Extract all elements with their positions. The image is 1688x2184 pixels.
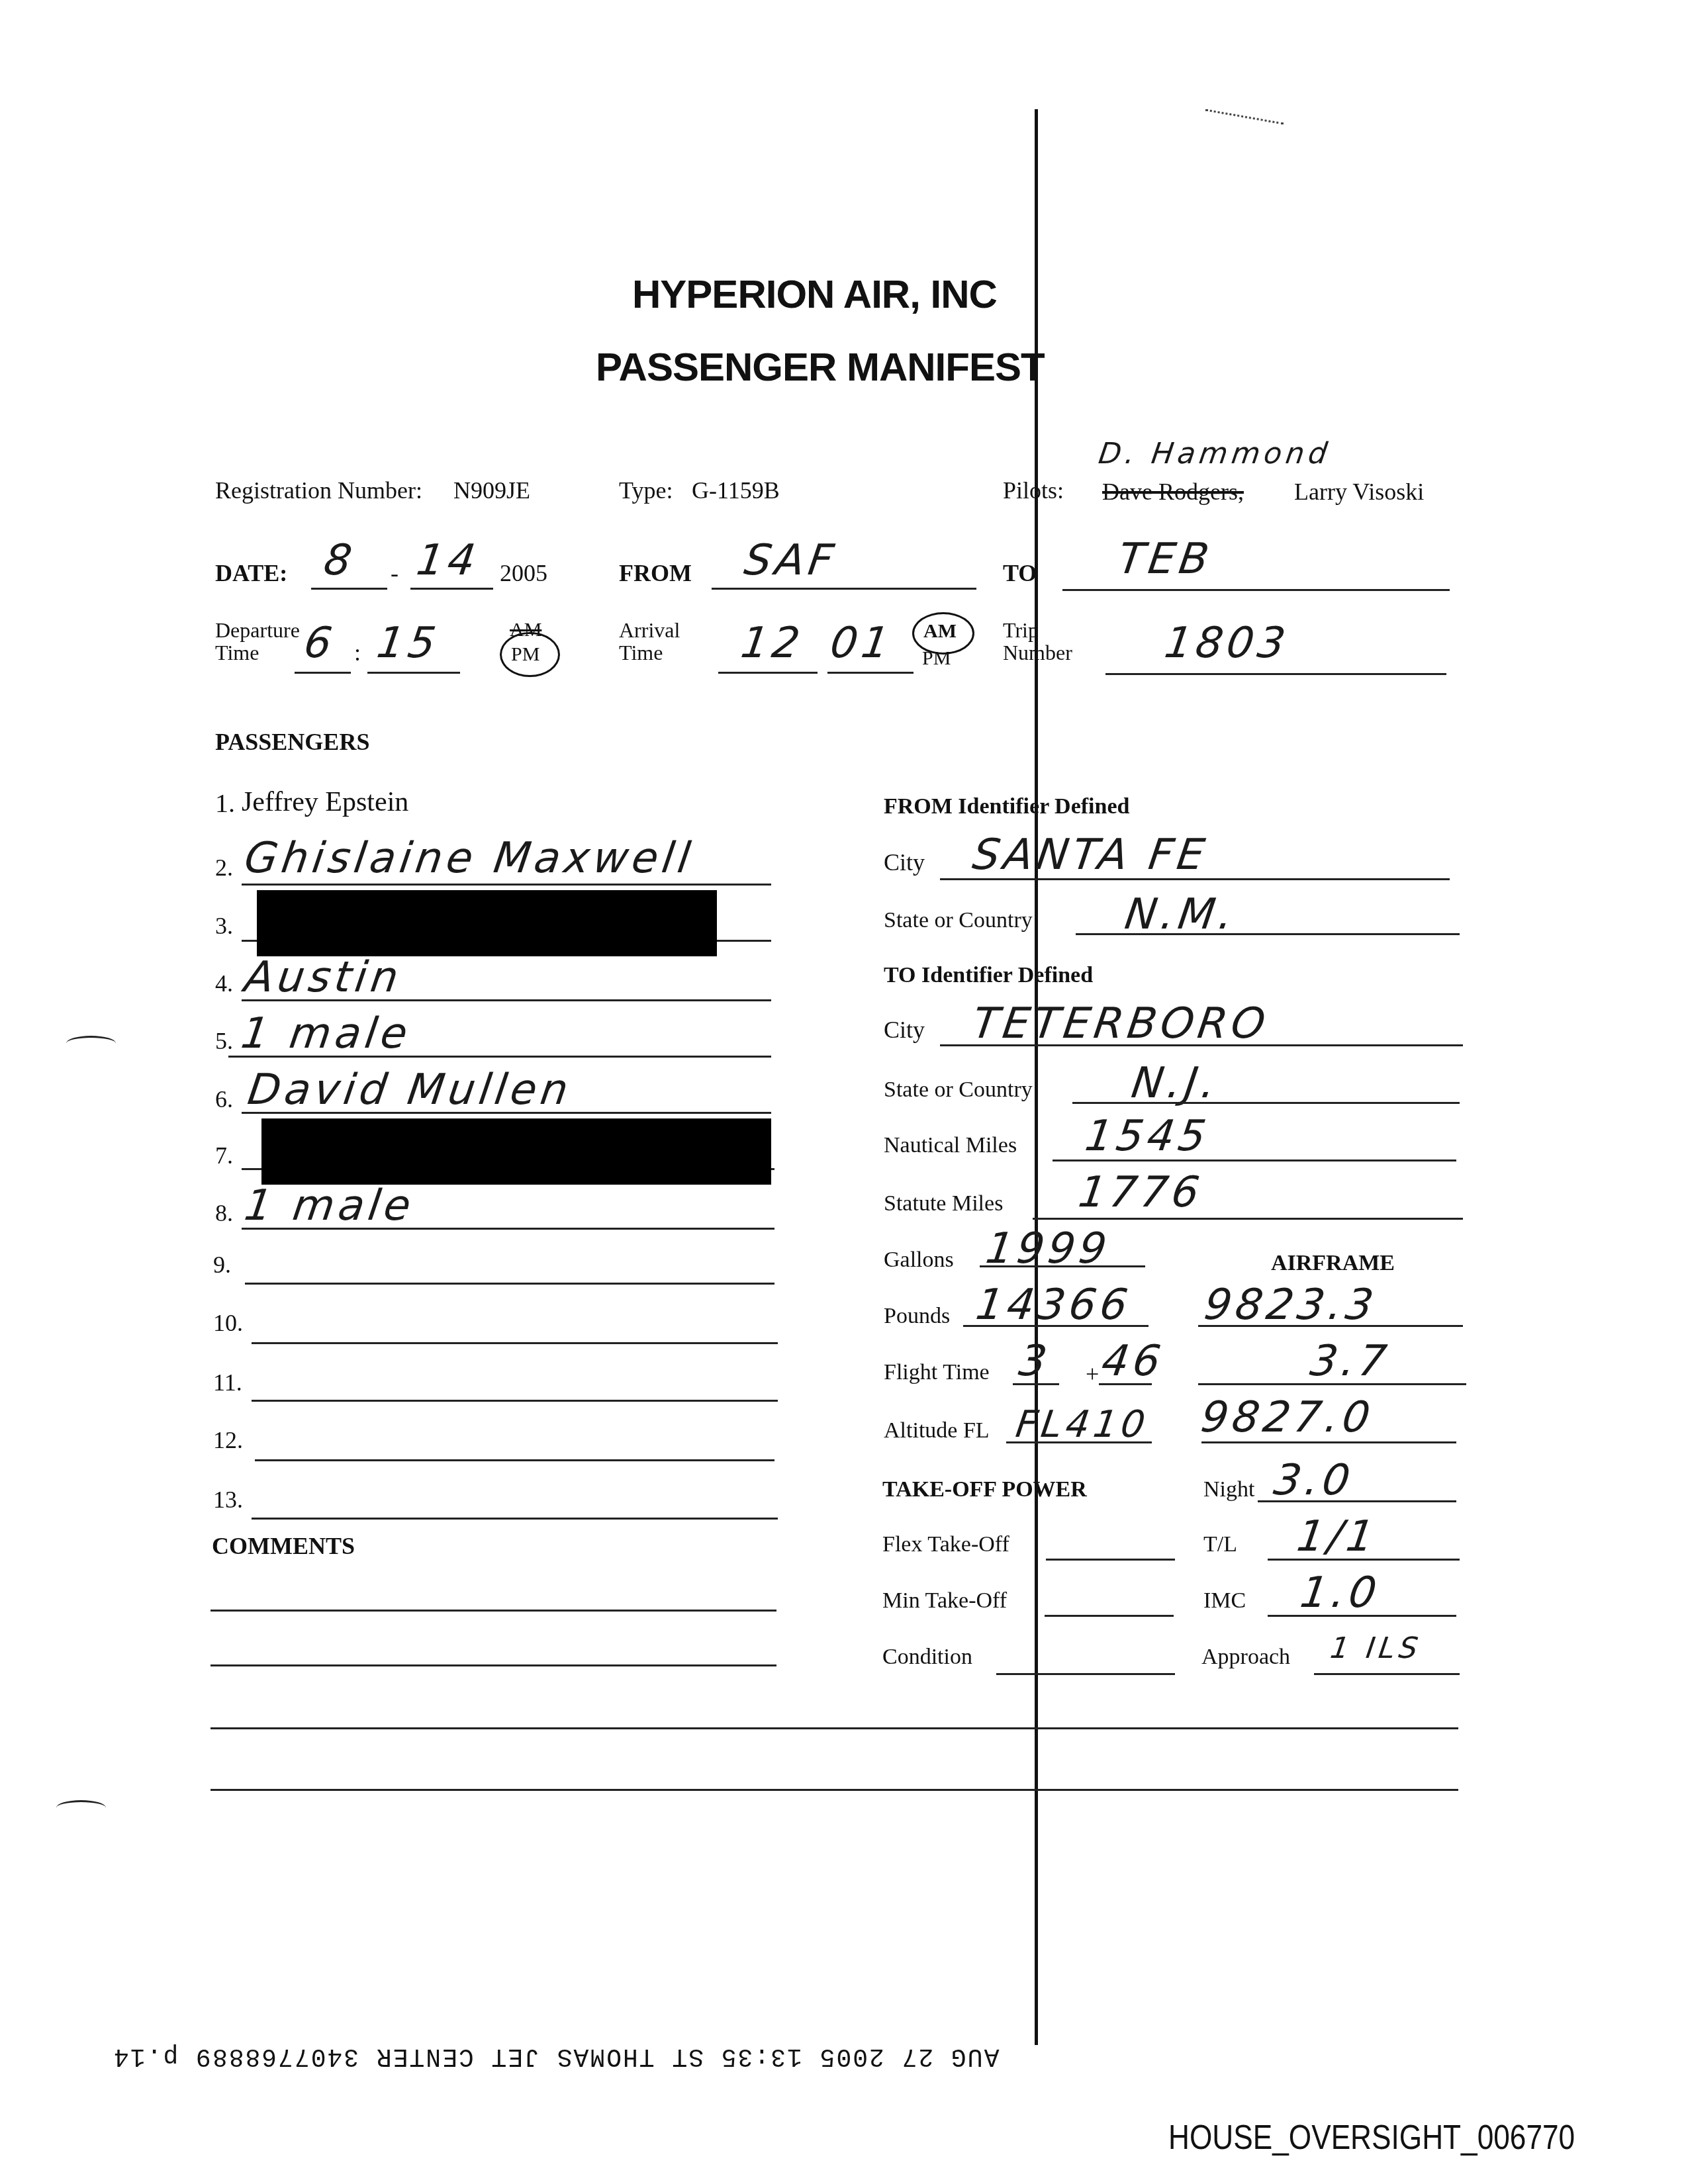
type-label: Type:	[619, 477, 673, 504]
scan-mark	[66, 1036, 116, 1051]
from-city-value[interactable]: SANTA FE	[970, 831, 1211, 880]
passengers-heading: PASSENGERS	[215, 728, 369, 756]
departure-colon: :	[354, 639, 361, 666]
min-takeoff-label: Min Take-Off	[882, 1588, 1007, 1614]
passenger-number: 7.	[215, 1142, 233, 1169]
to-value[interactable]: TEB	[1115, 535, 1216, 584]
arrival-pm-option[interactable]: PM	[922, 647, 951, 670]
from-state-label: State or Country	[884, 908, 1033, 933]
from-value[interactable]: SAF	[741, 536, 841, 585]
approach-label: Approach	[1201, 1645, 1290, 1670]
passenger-number: 5.	[215, 1027, 233, 1055]
company-name: HYPERION AIR, INC	[632, 271, 997, 317]
condition-label: Condition	[882, 1645, 972, 1670]
nautical-miles-value[interactable]: 1545	[1082, 1112, 1213, 1161]
flex-takeoff-label: Flex Take-Off	[882, 1532, 1009, 1557]
passenger-name[interactable]: Ghislaine Maxwell	[242, 834, 697, 883]
flight-time-plus: +	[1086, 1360, 1099, 1388]
from-identifier-heading: FROM Identifier Defined	[884, 794, 1129, 819]
night-value[interactable]: 3.0	[1271, 1456, 1357, 1505]
scan-mark	[56, 1800, 106, 1815]
statute-miles-label: Statute Miles	[884, 1191, 1003, 1216]
altitude-label: Altitude FL	[884, 1418, 990, 1443]
passenger-number: 2.	[215, 854, 233, 882]
airframe-heading: AIRFRAME	[1271, 1251, 1395, 1276]
takeoff-power-heading: TAKE-OFF POWER	[882, 1477, 1087, 1502]
passenger-number: 4.	[215, 970, 233, 997]
scan-vertical-line	[1035, 109, 1038, 2045]
imc-value[interactable]: 1.0	[1297, 1569, 1383, 1617]
condition-field[interactable]	[996, 1673, 1175, 1675]
night-label: Night	[1203, 1477, 1254, 1502]
airframe-end-value[interactable]: 9827.0	[1198, 1393, 1377, 1442]
type-value: G-1159B	[692, 477, 780, 504]
passenger-number: 13.	[213, 1486, 243, 1514]
date-year: 2005	[500, 559, 547, 587]
to-label: TO	[1003, 559, 1037, 587]
pilot-2: Larry Visoski	[1294, 478, 1424, 506]
trip-number-value[interactable]: 1803	[1162, 619, 1292, 668]
arrival-hour[interactable]: 12	[738, 619, 807, 668]
page-title: PASSENGER MANIFEST	[596, 344, 1045, 390]
trip-number-label: Trip Number	[1003, 619, 1072, 664]
flight-time-label: Flight Time	[884, 1360, 990, 1385]
flex-takeoff-field[interactable]	[1046, 1559, 1175, 1561]
to-city-label: City	[884, 1016, 925, 1044]
arrival-minute[interactable]: 01	[827, 619, 896, 668]
passenger-number: 9.	[213, 1251, 231, 1279]
to-city-value[interactable]: TETERBORO	[970, 999, 1272, 1048]
statute-miles-value[interactable]: 1776	[1076, 1168, 1206, 1217]
altitude-value[interactable]: FL410	[1013, 1403, 1151, 1446]
min-takeoff-field[interactable]	[1045, 1615, 1174, 1617]
tl-value[interactable]: 1/1	[1294, 1512, 1381, 1561]
to-state-label: State or Country	[884, 1077, 1033, 1103]
redaction-box	[261, 1118, 771, 1185]
date-day[interactable]: 14	[414, 536, 483, 585]
departure-pm-circle	[500, 632, 560, 677]
departure-label: Departure Time	[215, 619, 300, 664]
pounds-label: Pounds	[884, 1304, 950, 1329]
bates-number: HOUSE_OVERSIGHT_006770	[1168, 2118, 1575, 2158]
passenger-name[interactable]: Austin	[242, 953, 406, 1002]
nautical-miles-label: Nautical Miles	[884, 1133, 1017, 1158]
redaction-box	[257, 890, 717, 956]
passenger-name: Jeffrey Epstein	[242, 786, 408, 818]
from-state-value[interactable]: N.M.	[1122, 890, 1240, 939]
date-month[interactable]: 8	[321, 536, 359, 585]
airframe-start-value[interactable]: 9823.3	[1201, 1281, 1380, 1330]
date-label: DATE:	[215, 559, 287, 587]
passenger-number: 3.	[215, 912, 233, 940]
gallons-label: Gallons	[884, 1248, 954, 1273]
passenger-number: 12.	[213, 1426, 243, 1454]
departure-minute[interactable]: 15	[374, 619, 443, 668]
scan-mark	[1205, 109, 1284, 125]
passenger-name[interactable]: David Mullen	[245, 1066, 575, 1115]
airframe-hours-value[interactable]: 3.7	[1307, 1337, 1393, 1386]
registration-label: Registration Number:	[215, 477, 422, 504]
approach-value[interactable]: 1 ILS	[1328, 1631, 1424, 1665]
from-city-label: City	[884, 848, 925, 876]
from-label: FROM	[619, 559, 692, 587]
fax-header: AUG 27 2005 13:35 ST THOMAS JET CENTER 3…	[113, 2042, 999, 2070]
pounds-value[interactable]: 14366	[973, 1281, 1135, 1330]
arrival-label: Arrival Time	[619, 619, 680, 664]
pilot-1-handwritten: D. Hammond	[1096, 437, 1333, 471]
passenger-number: 10.	[213, 1309, 243, 1337]
passenger-number: 1.	[215, 788, 235, 819]
flight-time-hours[interactable]: 3	[1016, 1337, 1054, 1386]
passenger-name[interactable]: 1 male	[238, 1009, 414, 1058]
flight-time-minutes[interactable]: 46	[1099, 1337, 1168, 1386]
departure-hour[interactable]: 6	[301, 619, 339, 668]
date-separator: -	[391, 559, 399, 587]
comments-heading: COMMENTS	[212, 1532, 355, 1560]
passenger-name[interactable]: 1 male	[242, 1181, 418, 1230]
imc-label: IMC	[1203, 1588, 1246, 1614]
tl-label: T/L	[1203, 1532, 1237, 1557]
pilot-1-struck: Dave Rodgers,	[1102, 478, 1244, 506]
pilots-label: Pilots:	[1003, 477, 1064, 504]
to-identifier-heading: TO Identifier Defined	[884, 963, 1093, 988]
registration-value: N909JE	[453, 477, 530, 504]
passenger-number: 6.	[215, 1085, 233, 1113]
passenger-number: 11.	[213, 1369, 242, 1396]
passenger-number: 8.	[215, 1199, 233, 1227]
to-state-value[interactable]: N.J.	[1129, 1059, 1223, 1108]
